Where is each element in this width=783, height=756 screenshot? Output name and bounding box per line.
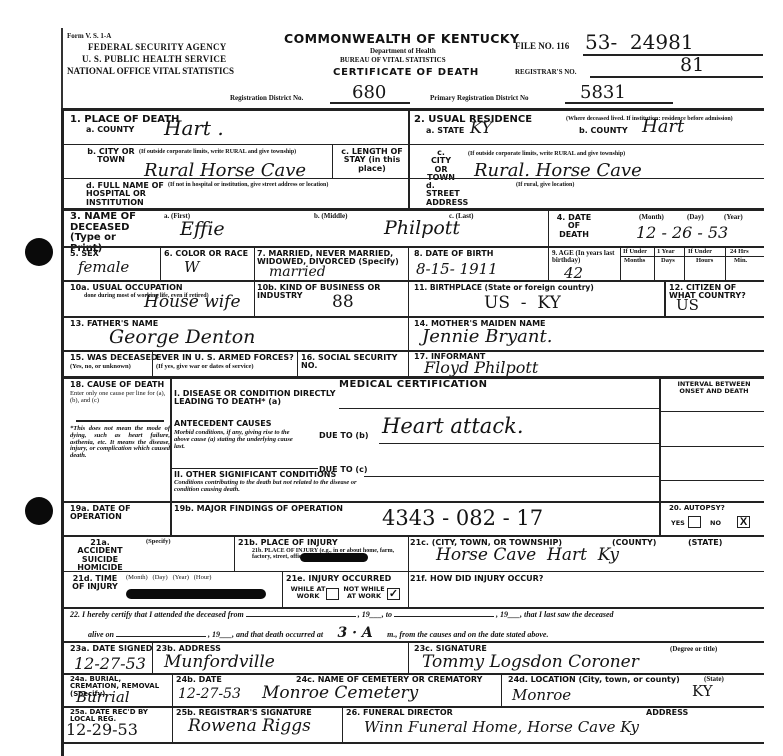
date-of-death-label: 4. DATE OF DEATH (554, 214, 594, 239)
not-at-work-label: NOT WHILE AT WORK (342, 586, 386, 600)
cause-label: 18. CAUSE OF DEATH (70, 381, 164, 389)
injury-place-label: 21b. PLACE OF INJURY (238, 539, 338, 547)
registrar-no-value: 81 (680, 54, 704, 76)
day-label: (Day) (687, 214, 704, 221)
date-recd-value: 12-29-53 (66, 720, 138, 739)
cert-line-2: alive on , 19___, and that death occurre… (88, 626, 760, 642)
file-no-underline (583, 54, 763, 56)
res-state-value: KY (470, 118, 492, 137)
bureau: BUREAU OF VITAL STATISTICS (340, 56, 446, 64)
marital-value: married (269, 264, 326, 280)
res-county-value: Hart (642, 116, 684, 137)
agency-line-1: FEDERAL SECURITY AGENCY (88, 42, 227, 52)
op-date-label: 19a. DATE OF OPERATION (70, 505, 170, 522)
file-no-label: FILE NO. 116 (515, 41, 569, 51)
disease-label: I. DISEASE OR CONDITION DIRECTLY LEADING… (174, 390, 339, 407)
burial-location-value: Monroe (512, 686, 571, 704)
res-street-note: (If rural, give location) (516, 182, 574, 188)
pod-county-value: Hart . (164, 116, 224, 140)
department: Department of Health (370, 47, 436, 55)
findings-label: 19b. MAJOR FINDINGS OF OPERATION (174, 505, 343, 513)
cemetery-value: Monroe Cemetery (262, 683, 418, 703)
under-sub-2: Days (661, 258, 675, 265)
findings-value: 4343 - 082 - 17 (382, 506, 543, 530)
res-street-label: d. STREET ADDRESS (426, 182, 470, 207)
due-b-value: Heart attack. (382, 414, 524, 438)
res-county-label: b. COUNTY (579, 127, 628, 135)
citizen-value: US (676, 296, 699, 314)
file-no-value: 53- 24981 (585, 30, 694, 54)
under-sub-4: Min. (734, 258, 747, 265)
state-title: COMMONWEALTH OF KENTUCKY (284, 31, 519, 46)
cert-line-1: 22. I hereby certify that I attended the… (70, 611, 760, 619)
burial-type-value: Burrial (76, 688, 130, 706)
date-signed-value: 12-27-53 (74, 654, 146, 673)
last-name-value: Philpott (384, 217, 460, 239)
address-value: Munfordville (164, 652, 275, 672)
reg-district-underline (330, 102, 410, 104)
registrar-no-underline (590, 76, 763, 78)
armed-label-b: EVER IN U. S. ARMED FORCES? (156, 354, 294, 362)
header-left-rule (61, 28, 63, 108)
burial-date-label: 24b. DATE (176, 676, 222, 684)
injury-state-label: (STATE) (688, 539, 722, 547)
armed-note-2: (If yes, give war or dates of service) (156, 364, 254, 371)
injury-time-label: 21d. TIME OF INJURY (70, 575, 120, 592)
date-of-death-value: 12 - 26 - 53 (636, 223, 728, 242)
funeral-address-label: ADDRESS (646, 709, 688, 717)
punch-hole-top (25, 238, 53, 266)
agency-line-2: U. S. PUBLIC HEALTH SERVICE (82, 54, 227, 64)
funeral-director-value: Winn Funeral Home, Horse Cave Ky (364, 718, 639, 736)
interval-label: INTERVAL BETWEEN ONSET AND DEATH (669, 381, 759, 395)
autopsy-label: 20. AUTOPSY? (669, 505, 725, 512)
agency-line-3: NATIONAL OFFICE VITAL STATISTICS (67, 66, 234, 76)
father-value: George Denton (109, 326, 255, 348)
under-sub-1: Months (624, 258, 645, 265)
certificate-form: 1. PLACE OF DEATH a. COUNTY Hart . b. CI… (61, 108, 761, 756)
form-number: Form V. S. 1-A (67, 32, 111, 40)
birth-date-label: 8. DATE OF BIRTH (414, 250, 493, 258)
burial-location-label: 24d. LOCATION (City, town, or county) (508, 676, 680, 684)
pod-city-note: (If outside corporate limits, write RURA… (139, 149, 329, 155)
degree-label: (Degree or title) (670, 646, 717, 653)
birth-date-value: 8-15- 1911 (416, 260, 498, 278)
autopsy-no-label: NO (710, 520, 721, 527)
death-time-value: 3 · A (325, 626, 385, 642)
redaction-time (126, 589, 266, 599)
under-header-1: If Under (623, 249, 647, 256)
pod-stay-label: c. LENGTH OF STAY (in this place) (336, 148, 408, 173)
pod-city-label: b. CITY OR TOWN (86, 148, 136, 165)
morbid-note: Morbid conditions, if any, giving rise t… (174, 430, 302, 450)
antecedent-label: ANTECEDENT CAUSES (174, 420, 272, 428)
under-sub-3: Hours (696, 258, 713, 265)
race-value: W (184, 258, 199, 276)
sex-value: female (78, 258, 129, 276)
autopsy-no-checkbox[interactable]: X (737, 516, 750, 528)
res-city-note: (If outside corporate limits, write RURA… (468, 151, 625, 157)
year-label: (Year) (724, 214, 743, 221)
under-header-3: If Under (688, 249, 712, 256)
autopsy-yes-checkbox[interactable] (688, 516, 701, 528)
at-work-checkbox[interactable] (326, 588, 339, 600)
under-header-4: 24 Hrs (730, 249, 749, 256)
autopsy-yes-label: YES (671, 520, 685, 527)
month-label: (Month) (639, 214, 664, 221)
pod-hospital-note: (If not in hospital or institution, give… (168, 182, 404, 188)
reg-district-value: 680 (352, 82, 386, 103)
pod-county-label: a. COUNTY (86, 126, 134, 134)
under-header-2: 1 Year (657, 249, 675, 256)
medical-title: MEDICAL CERTIFICATION (339, 380, 487, 391)
primary-district-label: Primary Registration District No (430, 94, 529, 102)
other-conditions-note: Conditions contributing to the death but… (174, 480, 374, 494)
at-work-label: WHILE AT WORK (288, 586, 328, 600)
registrar-no-label: REGISTRAR'S NO. (515, 68, 576, 76)
primary-district-value: 5831 (580, 82, 626, 103)
race-label: 6. COLOR OR RACE (164, 250, 248, 258)
funeral-director-label: 26. FUNERAL DIRECTOR (346, 709, 453, 717)
middle-name-label: b. (Middle) (314, 213, 347, 220)
certificate-title: CERTIFICATE OF DEATH (333, 67, 479, 78)
age-label: 9. AGE (In years last birthday) (552, 250, 622, 265)
cause-footnote: *This does not mean the mode of dying, s… (70, 426, 170, 460)
armed-label-a: 15. WAS DECEASED (70, 354, 158, 362)
burial-state-value: KY (692, 682, 713, 700)
mother-value: Jennie Bryant. (422, 326, 552, 347)
signature-value: Tommy Logsdon Coroner (422, 652, 639, 672)
business-value: 88 (332, 292, 354, 312)
injury-location-value: Horse Cave Hart Ky (436, 545, 619, 565)
not-at-work-checkbox[interactable]: ✓ (387, 588, 400, 600)
birthplace-value: US - KY (484, 293, 561, 313)
informant-value: Floyd Philpott (424, 358, 538, 377)
due-b-label: DUE TO (b) (319, 432, 368, 440)
reg-district-label: Registration District No. (230, 94, 303, 102)
res-state-label: a. STATE (426, 127, 464, 135)
birthplace-label: 11. BIRTHPLACE (State or foreign country… (414, 284, 594, 292)
accident-specify: (Specify) (146, 539, 171, 546)
injury-time-cols: (Month) (Day) (Year) (Hour) (126, 575, 211, 582)
cause-note: Enter only one cause per line for (a), (… (70, 391, 170, 405)
redaction-place (300, 553, 368, 562)
first-name-value: Effie (180, 218, 225, 240)
ssn-label: 16. SOCIAL SECURITY NO. (301, 354, 408, 371)
registrar-signature-value: Rowena Riggs (188, 716, 311, 736)
accident-label: 21a. ACCIDENT SUICIDE HOMICIDE (70, 539, 130, 573)
injury-occurred-label: 21e. INJURY OCCURRED (286, 575, 391, 583)
primary-district-underline (565, 102, 673, 104)
pod-hospital-label: d. FULL NAME OF HOSPITAL OR INSTITUTION (86, 182, 166, 207)
punch-hole-bottom (25, 497, 53, 525)
armed-note-1: (Yes, no, or unknown) (70, 364, 131, 371)
occupation-value: House wife (144, 292, 241, 312)
date-signed-label: 23a. DATE SIGNED (70, 645, 152, 653)
burial-date-value: 12-27-53 (178, 686, 241, 702)
injury-how-label: 21f. HOW DID INJURY OCCUR? (410, 575, 543, 583)
cause-divider (76, 420, 164, 422)
